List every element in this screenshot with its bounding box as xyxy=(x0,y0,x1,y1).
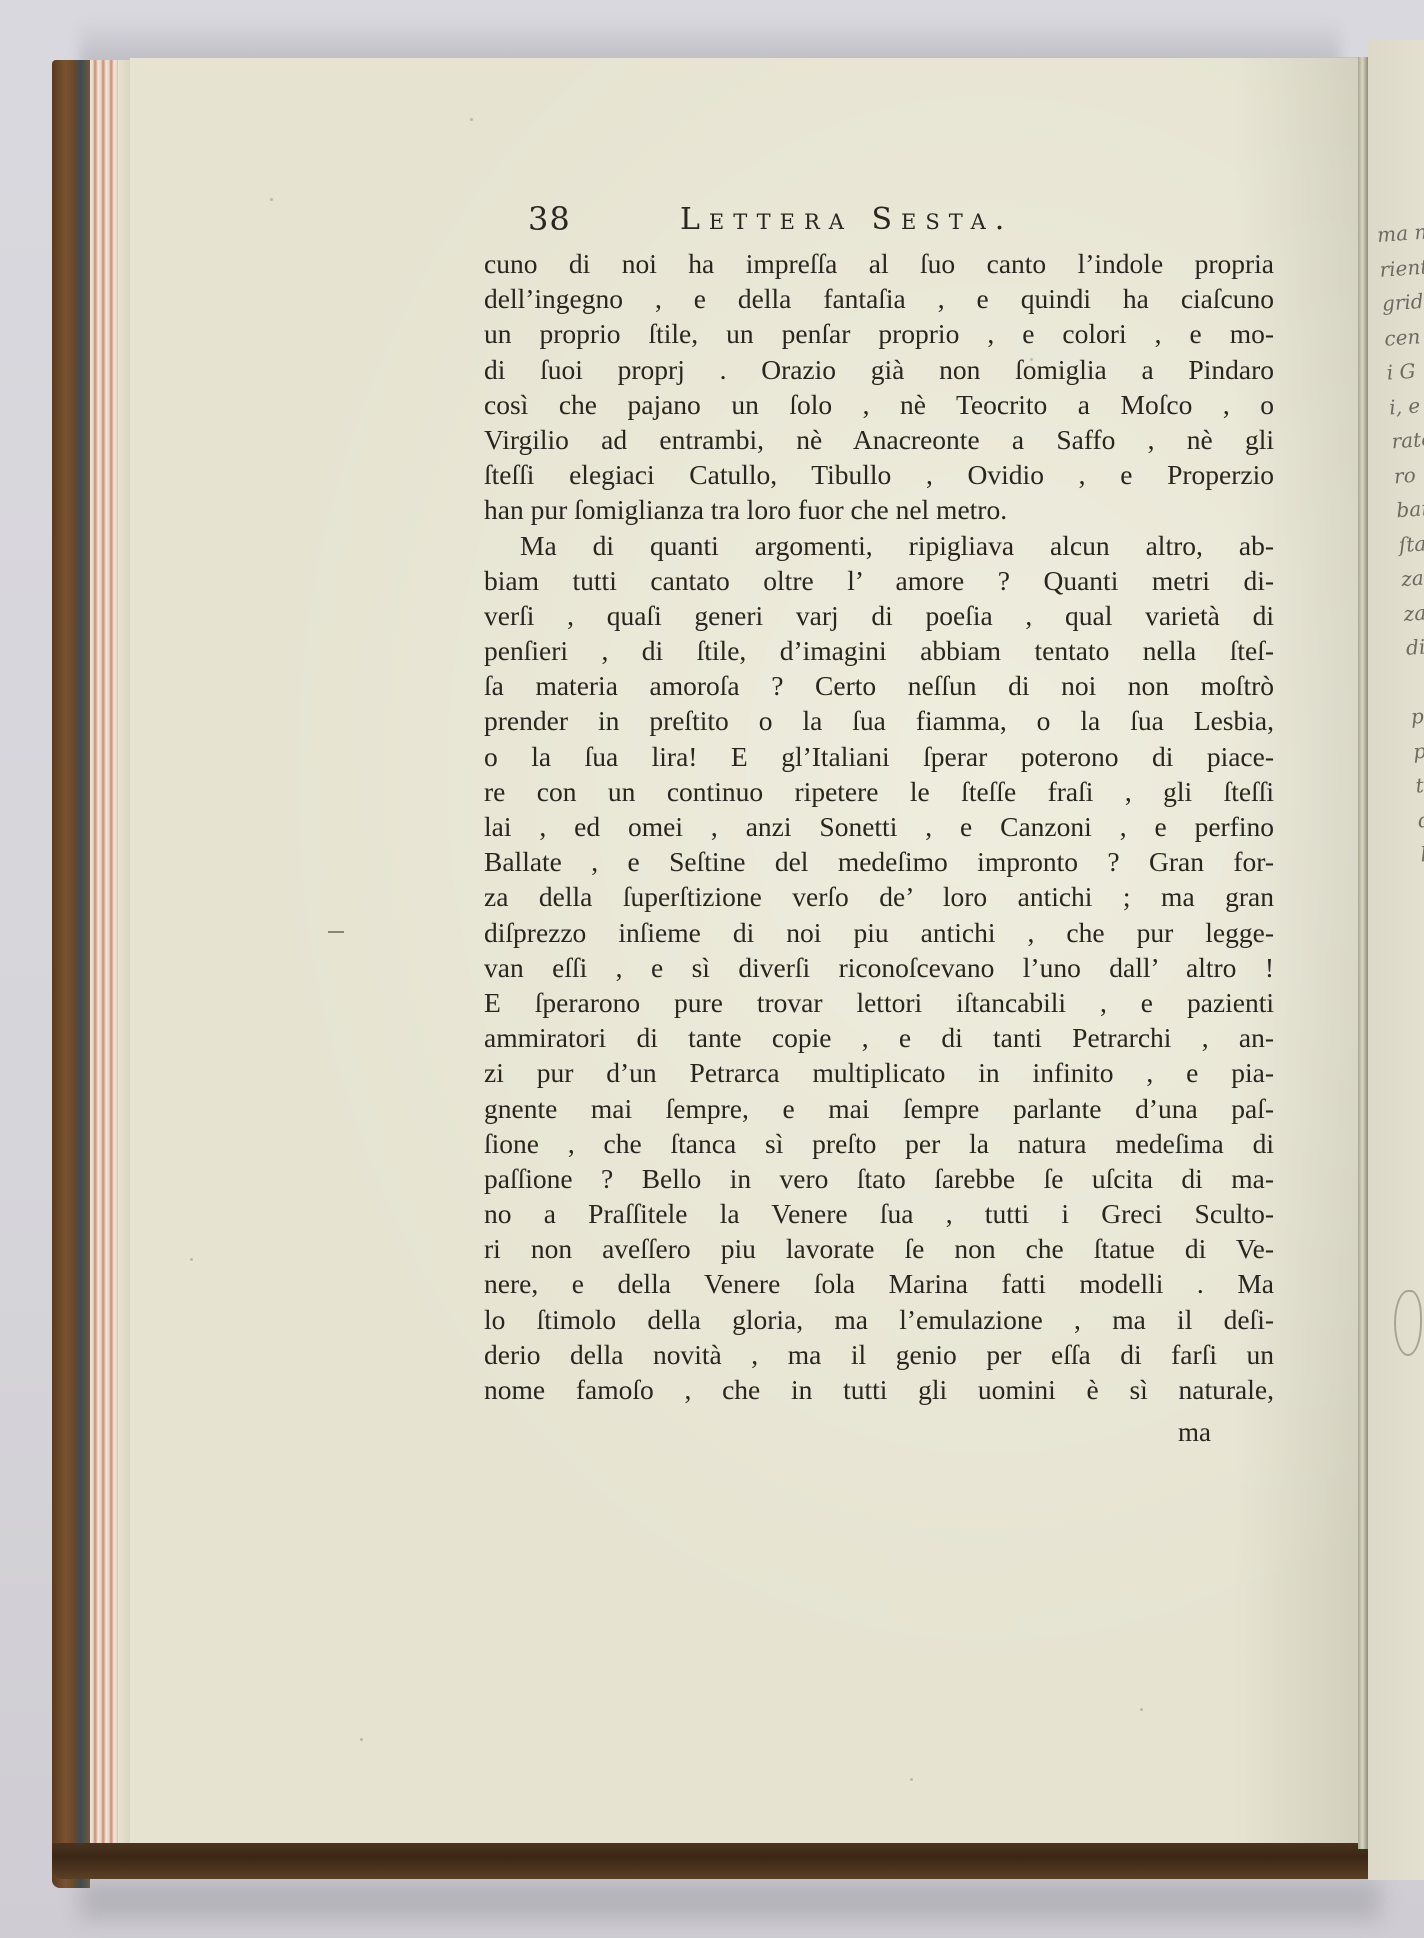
text-line: zi pur d’un Petrarca multiplicato in inf… xyxy=(484,1055,1274,1090)
book-gutter xyxy=(1358,57,1368,1849)
text-line: verſi , quaſi generi varj di poeſia , qu… xyxy=(484,598,1274,633)
text-line: così che pajano un ſolo , nè Teocrito a … xyxy=(484,387,1274,422)
text-line: ri non aveſſero piu lavorate ſe non che … xyxy=(484,1231,1274,1266)
text-line: diſprezzo inſieme di noi piu antichi , c… xyxy=(484,915,1274,950)
text-line: E ſperarono pure trovar lettori iſtancab… xyxy=(484,985,1274,1020)
running-head-title: Lettera Sesta. xyxy=(680,202,1013,237)
running-head: 38 Lettera Sesta. xyxy=(528,200,1288,240)
text-line: ammiratori di tante copie , e di tanti P… xyxy=(484,1020,1274,1055)
text-line: penſieri , di ſtile, d’imagini abbiam te… xyxy=(484,633,1274,668)
text-line: biam tutti cantato oltre l’ amore ? Quan… xyxy=(484,563,1274,598)
text-line: ſteſſi elegiaci Catullo, Tibullo , Ovidi… xyxy=(484,457,1274,492)
text-line: derio della novità , ma il genio per eſſ… xyxy=(484,1337,1274,1372)
text-line: prender in preſtito o la ſua fiamma, o l… xyxy=(484,703,1274,738)
text-line: Ballate , e Seſtine del medeſimo impront… xyxy=(484,844,1274,879)
text-line: ſa materia amoroſa ? Certo neſſun di noi… xyxy=(484,668,1274,703)
facing-page: ma n riente gridi cen i G i, e ratori ro… xyxy=(1368,40,1424,1880)
text-line: no a Praſſitele la Venere ſua , tutti i … xyxy=(484,1196,1274,1231)
text-line: nome famoſo , che in tutti gli uomini è … xyxy=(484,1372,1274,1407)
text-line: gnente mai ſempre, e mai ſempre parlante… xyxy=(484,1091,1274,1126)
text-line: ſione , che ſtanca sì preſto per la natu… xyxy=(484,1126,1274,1161)
catchword: ma xyxy=(1178,1417,1211,1448)
text-line: nere, e della Venere ſola Marina fatti m… xyxy=(484,1266,1274,1301)
page-number: 38 xyxy=(528,200,571,238)
text-line: re con un continuo ripetere le ſteſſe fr… xyxy=(484,774,1274,809)
text-line: dell’ingegno , e della fantaſia , e quin… xyxy=(484,281,1274,316)
text-line: cuno di noi ha impreſſa al ſuo canto l’i… xyxy=(484,246,1274,281)
text-line: han pur ſomiglianza tra loro fuor che ne… xyxy=(484,492,1274,527)
text-line: un proprio ſtile, un penſar proprio , e … xyxy=(484,316,1274,351)
paragraph-start-line: Ma di quanti argomenti, ripigliava alcun… xyxy=(484,528,1274,563)
margin-mark xyxy=(328,931,344,933)
book-shadow-bottom xyxy=(80,1880,1380,1920)
body-text: cuno di noi ha impreſſa al ſuo canto l’i… xyxy=(484,246,1274,1407)
text-line: paſſione ? Bello in vero ſtato ſarebbe ſ… xyxy=(484,1161,1274,1196)
facing-page-text: ma n riente gridi cen i G i, e ratori ro… xyxy=(1376,212,1424,1181)
text-line: van eſſi , e sì diverſi riconoſcevano l’… xyxy=(484,950,1274,985)
ornament-icon xyxy=(1394,1290,1422,1356)
text-line: lai , ed omei , anzi Sonetti , e Canzoni… xyxy=(484,809,1274,844)
text-line: lo ſtimolo della gloria, ma l’emulazione… xyxy=(484,1302,1274,1337)
text-line: za della ſuperſtizione verſo de’ loro an… xyxy=(484,879,1274,914)
leather-cover-left xyxy=(52,60,90,1888)
leather-cover-bottom xyxy=(52,1843,1372,1879)
text-line: Virgilio ad entrambi, nè Anacreonte a Sa… xyxy=(484,422,1274,457)
text-line: o la ſua lira! E gl’Italiani ſperar pote… xyxy=(484,739,1274,774)
text-line: di ſuoi proprj . Orazio già non ſomiglia… xyxy=(484,352,1274,387)
